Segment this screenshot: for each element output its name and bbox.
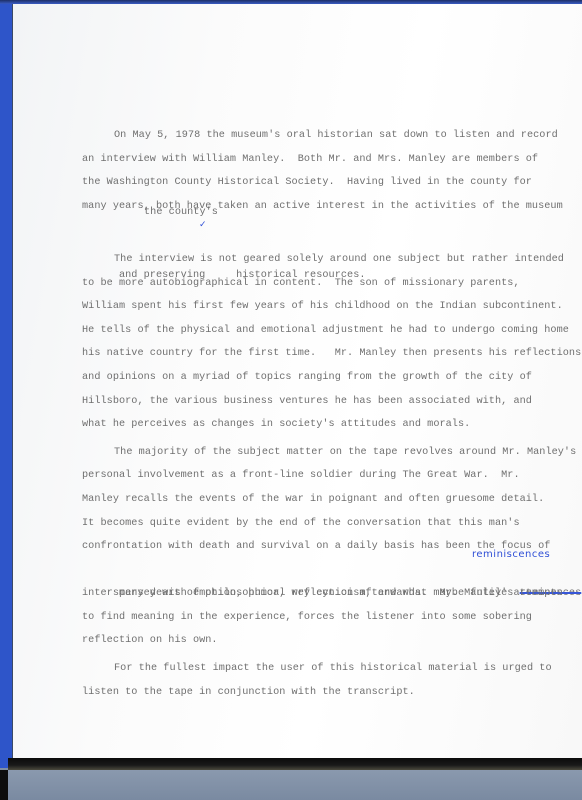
paragraph-4: For the fullest impact the user of this … bbox=[82, 657, 552, 704]
text-line: and opinions on a myriad of topics rangi… bbox=[82, 366, 552, 390]
interlinear-insert: the county's bbox=[144, 207, 218, 219]
text-line: to be more autobiographical in content. … bbox=[82, 272, 552, 296]
document-body: On May 5, 1978 the museum's oral histori… bbox=[82, 124, 552, 704]
text-line: what he perceives as changes in society'… bbox=[82, 413, 552, 437]
text-line: an interview with William Manley. Both M… bbox=[82, 148, 552, 172]
text-line: Hillsboro, the various business ventures… bbox=[82, 390, 552, 414]
text-line: He tells of the physical and emotional a… bbox=[82, 319, 552, 343]
paragraph-2: The interview is not geared solely aroun… bbox=[82, 248, 552, 437]
text-line: William spent his first few years of his… bbox=[82, 295, 552, 319]
caret-check-icon: ✓ bbox=[199, 214, 207, 238]
text-line: For the fullest impact the user of this … bbox=[82, 657, 552, 681]
text-line: reflection on his own. bbox=[82, 629, 552, 653]
text-line: It becomes quite evident by the end of t… bbox=[82, 512, 552, 536]
scanner-bottom-band bbox=[0, 770, 582, 800]
handwritten-correction: reminiscences bbox=[472, 549, 550, 561]
text-line-with-correction: many years of philosophical reflection a… bbox=[82, 559, 552, 583]
paragraph-3: The majority of the subject matter on th… bbox=[82, 441, 552, 653]
text-line: his native country for the first time. M… bbox=[82, 342, 552, 366]
text-line: The interview is not geared solely aroun… bbox=[82, 248, 552, 272]
text-line: listen to the tape in conjunction with t… bbox=[82, 681, 552, 705]
text-line-with-insert: the county's and preserving historical r… bbox=[82, 216, 552, 240]
page-bottom-shadow bbox=[8, 758, 582, 770]
text-line: On May 5, 1978 the museum's oral histori… bbox=[82, 124, 552, 148]
paragraph-1: On May 5, 1978 the museum's oral histori… bbox=[82, 124, 552, 240]
scanner-left-edge bbox=[0, 0, 12, 768]
text-line: to find meaning in the experience, force… bbox=[82, 606, 552, 630]
text-line: The majority of the subject matter on th… bbox=[82, 441, 552, 465]
text-line: interspersed with emotion, humor, wry cy… bbox=[82, 582, 552, 606]
text-line: Manley recalls the events of the war in … bbox=[82, 488, 552, 512]
text-line: personal involvement as a front-line sol… bbox=[82, 464, 552, 488]
text-line: the Washington County Historical Society… bbox=[82, 171, 552, 195]
